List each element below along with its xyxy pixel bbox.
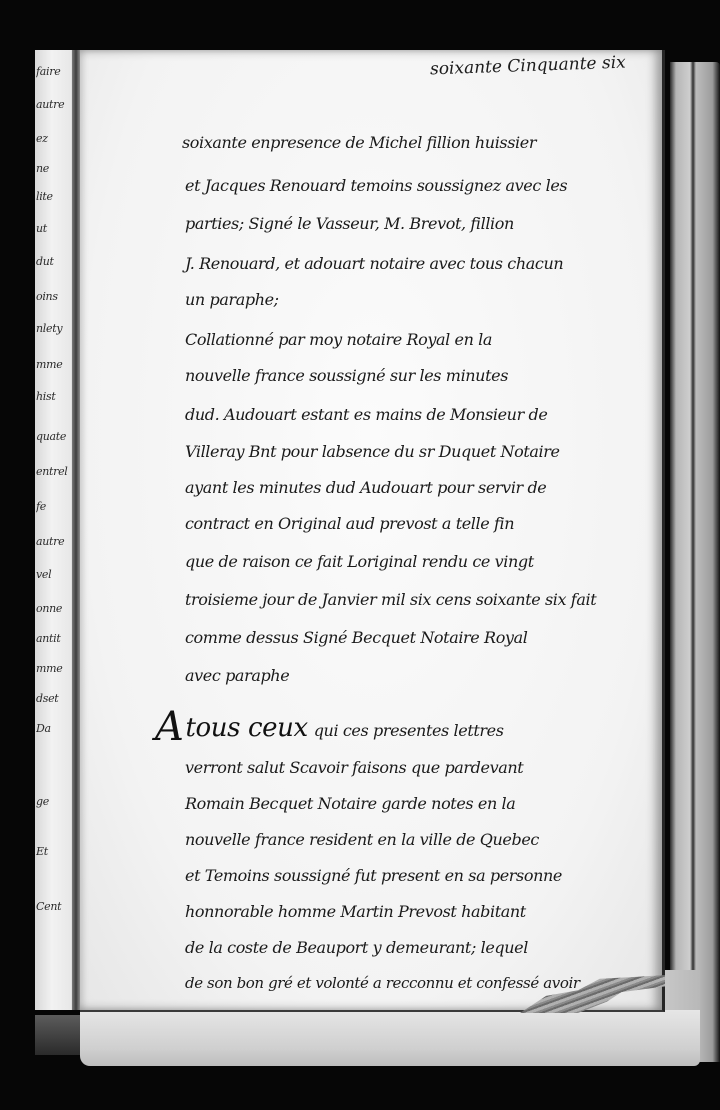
manuscript-line: dud. Audouart estant es mains de Monsieu… xyxy=(185,405,547,424)
facing-fragment: ge xyxy=(36,795,74,808)
facing-fragment: Cent xyxy=(36,900,74,913)
facing-fragment: quate xyxy=(36,430,74,443)
facing-fragment: lite xyxy=(36,190,74,203)
book-gutter xyxy=(72,50,80,1010)
facing-fragment: antit xyxy=(36,632,74,645)
decorated-initial: A xyxy=(155,704,184,750)
section-heading: Atous ceuxqui ces presentes lettres xyxy=(155,704,504,750)
page-stack-edge xyxy=(670,62,720,1062)
facing-fragment: dut xyxy=(36,255,74,268)
manuscript-line: et Temoins soussigné fut present en sa p… xyxy=(185,866,562,885)
manuscript-line: et Jacques Renouard temoins soussignez a… xyxy=(185,176,567,195)
facing-fragment: autre xyxy=(36,98,74,111)
facing-fragment: ut xyxy=(36,222,74,235)
manuscript-line: que de raison ce fait Loriginal rendu ce… xyxy=(185,552,534,571)
facing-page-text-fragments: faire autre ez ne lite ut dut oins nlety… xyxy=(36,50,74,1010)
manuscript-line: parties; Signé le Vasseur, M. Brevot, fi… xyxy=(185,214,514,233)
manuscript-line: Villeray Bnt pour labsence du sr Duquet … xyxy=(185,442,560,461)
manuscript-line: J. Renouard, et adouart notaire avec tou… xyxy=(185,254,563,273)
manuscript-line: soixante enpresence de Michel fillion hu… xyxy=(182,133,536,152)
manuscript-line: Collationné par moy notaire Royal en la xyxy=(185,330,492,349)
facing-fragment: ez xyxy=(36,132,74,145)
facing-fragment: fe xyxy=(36,500,74,513)
facing-fragment: Et xyxy=(36,845,74,858)
facing-fragment: ne xyxy=(36,162,74,175)
manuscript-line: de son bon gré et volonté a recconnu et … xyxy=(185,974,580,992)
facing-page-bottom-edge xyxy=(35,1015,80,1055)
facing-fragment: mme xyxy=(36,358,74,371)
facing-fragment: vel xyxy=(36,568,74,581)
facing-fragment: faire xyxy=(36,65,74,78)
facing-fragment: nlety xyxy=(36,322,74,335)
facing-fragment: Da xyxy=(36,722,74,735)
facing-fragment: onne xyxy=(36,602,74,615)
heading-rest: qui ces presentes lettres xyxy=(314,721,504,740)
manuscript-line: troisieme jour de Janvier mil six cens s… xyxy=(185,590,596,609)
manuscript-line: un paraphe; xyxy=(185,290,279,309)
manuscript-line: verront salut Scavoir faisons que pardev… xyxy=(185,758,523,777)
manuscript-line: avec paraphe xyxy=(185,666,289,685)
manuscript-line: comme dessus Signé Becquet Notaire Royal xyxy=(185,628,527,647)
manuscript-line: nouvelle france soussigné sur les minute… xyxy=(185,366,508,385)
manuscript-line: ayant les minutes dud Audouart pour serv… xyxy=(185,478,546,497)
facing-fragment: oins xyxy=(36,290,74,303)
facing-fragment: dset xyxy=(36,692,74,705)
heading-words: tous ceux xyxy=(186,713,308,743)
manuscript-line: de la coste de Beauport y demeurant; leq… xyxy=(185,938,528,957)
underlying-page-edge xyxy=(80,1010,700,1066)
scanned-document: faire autre ez ne lite ut dut oins nlety… xyxy=(0,0,720,1110)
manuscript-line: contract en Original aud prevost a telle… xyxy=(185,514,514,533)
facing-fragment: autre xyxy=(36,535,74,548)
facing-fragment: hist xyxy=(36,390,74,403)
manuscript-line: honnorable homme Martin Prevost habitant xyxy=(185,902,526,921)
manuscript-line: Romain Becquet Notaire garde notes en la xyxy=(185,794,515,813)
manuscript-page: soixante Cinquante six soixante enpresen… xyxy=(80,50,665,1012)
facing-fragment: entrel xyxy=(36,465,74,478)
manuscript-line: nouvelle france resident en la ville de … xyxy=(185,830,539,849)
facing-fragment: mme xyxy=(36,662,74,675)
manuscript-text-body: soixante enpresence de Michel fillion hu… xyxy=(80,50,662,1010)
